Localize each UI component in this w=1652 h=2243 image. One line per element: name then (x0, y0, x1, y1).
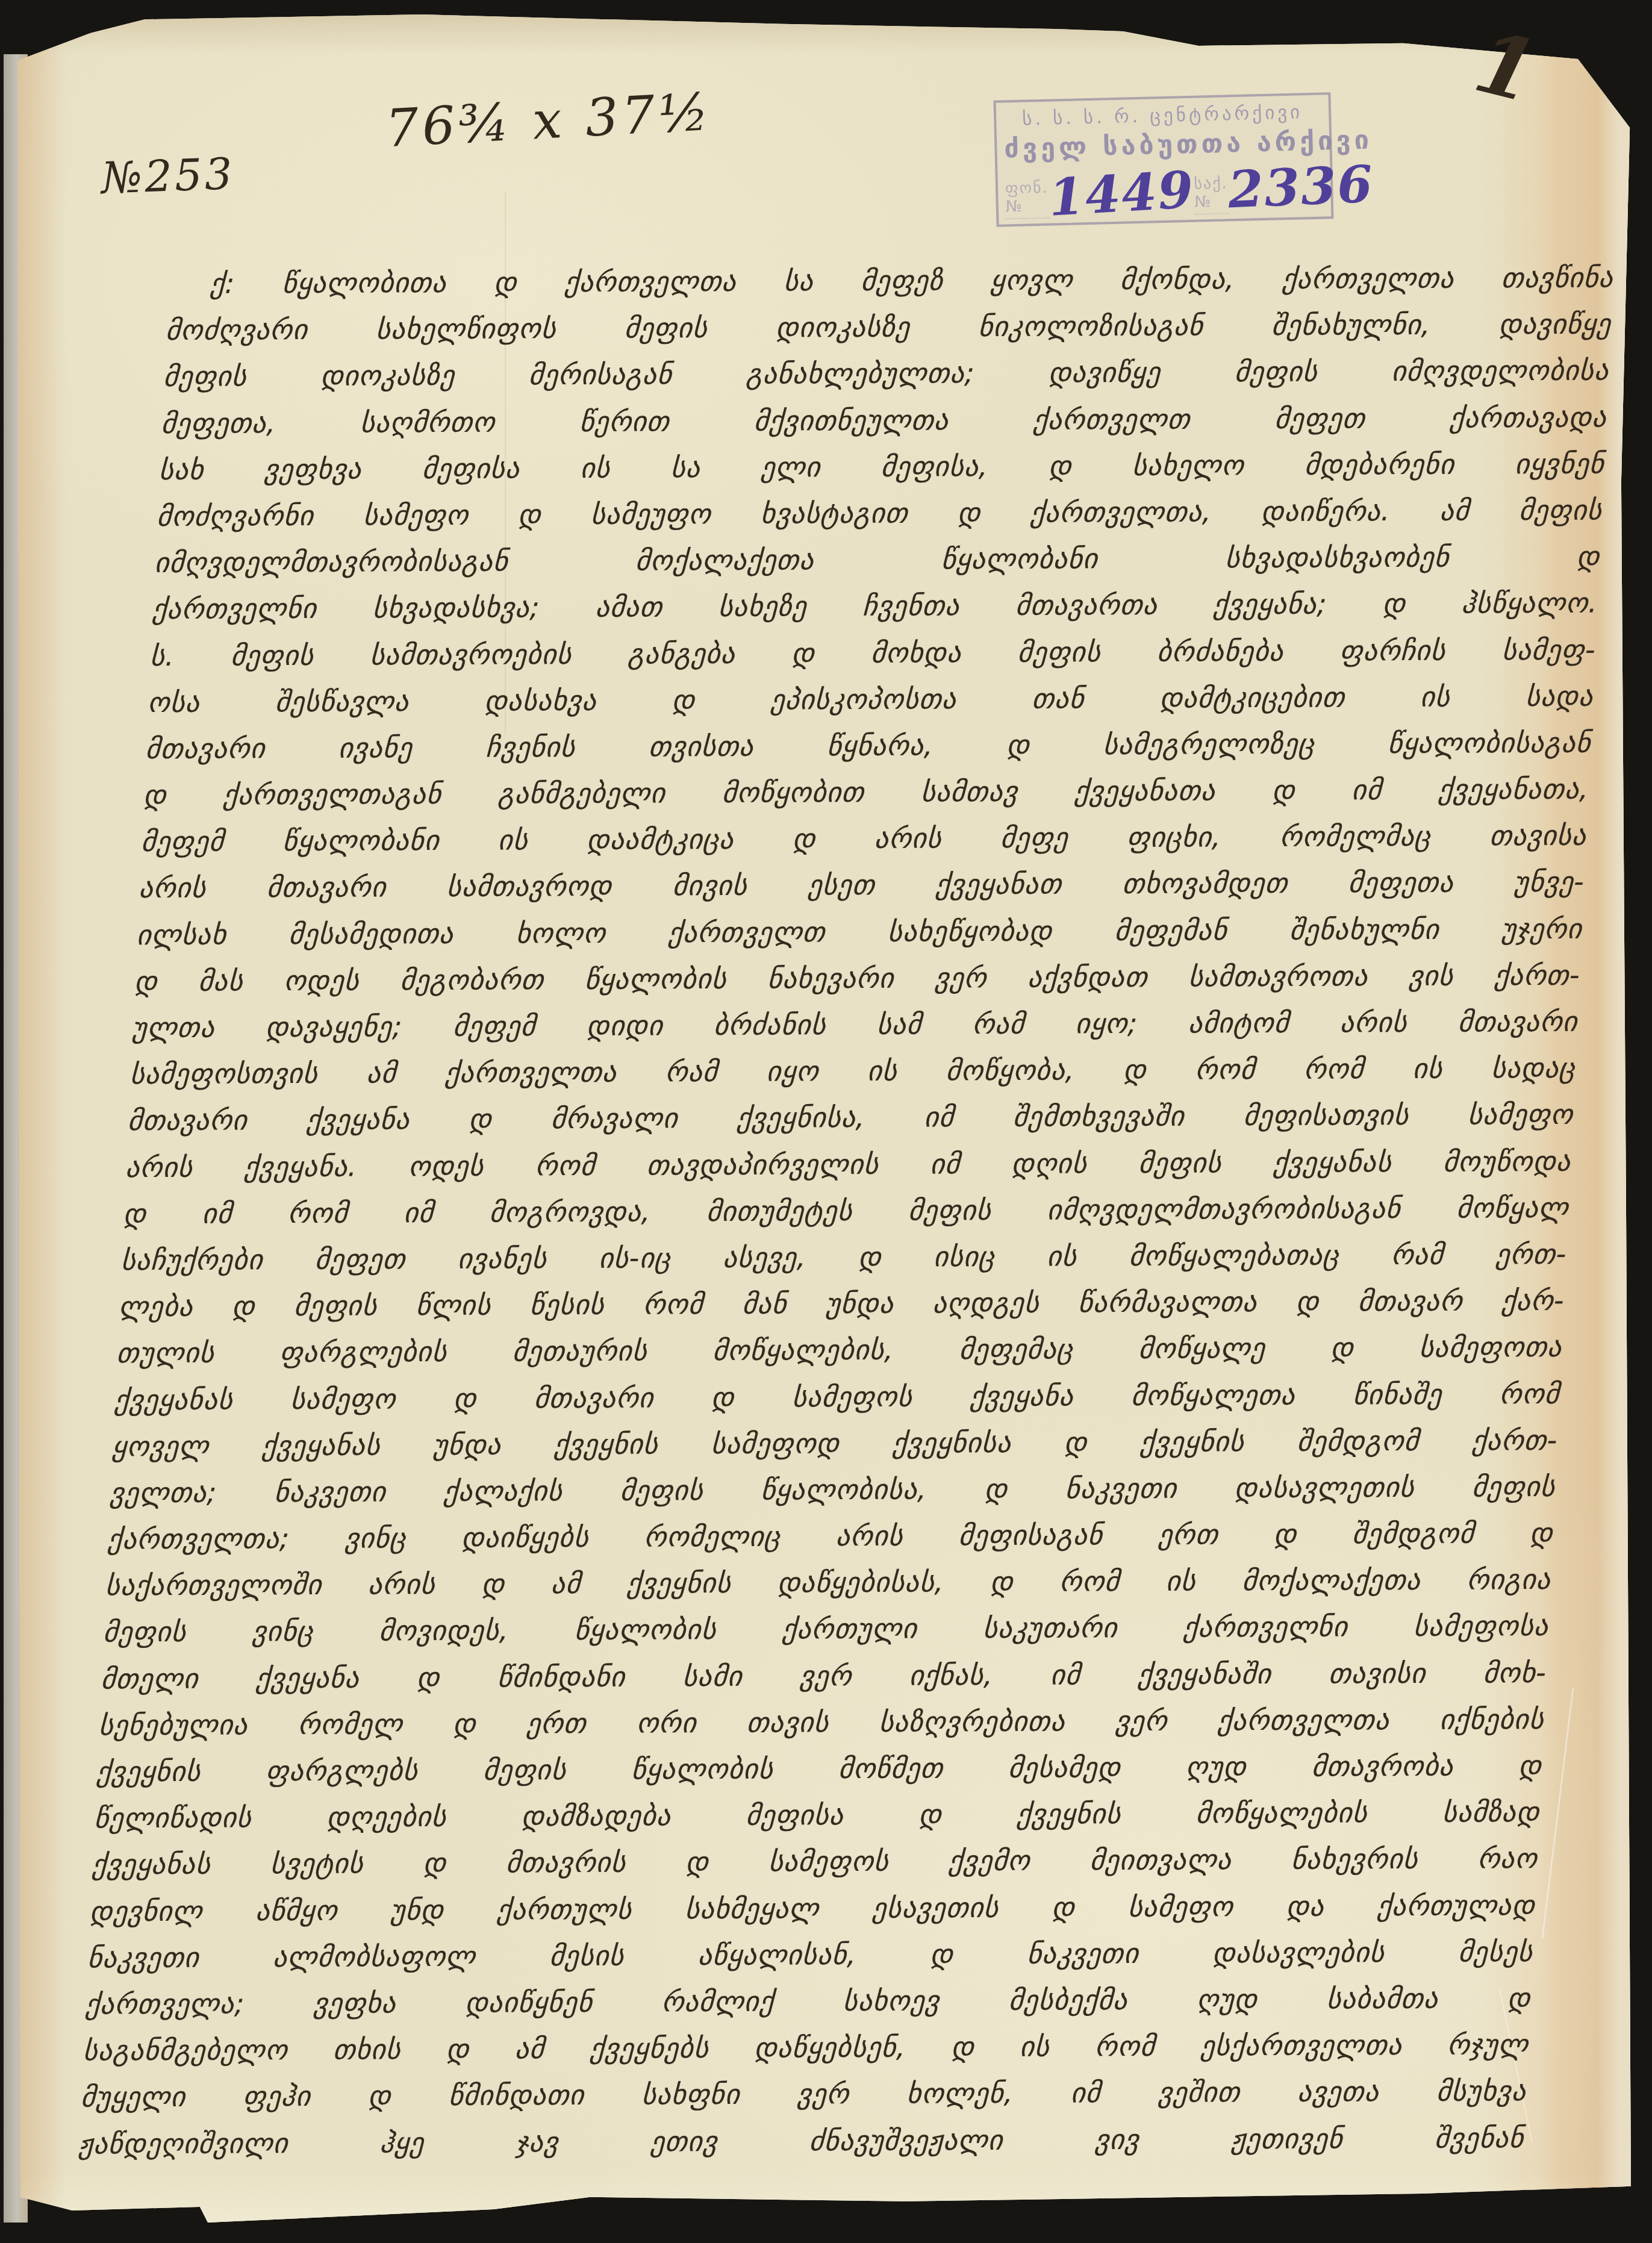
archive-stamp: ს. ს. ს. რ. ცენტრარქივი ძველ საბუთთა არქ… (994, 92, 1334, 227)
manuscript-line: იმღვდელმთავრობისაგან მოქალაქეთა წყალობან… (154, 534, 1601, 587)
manuscript-line: დ ქართველთაგან განმგებელი მოწყობით სამთა… (143, 766, 1591, 819)
stamp-fond-label: ფონ. № (1005, 179, 1049, 220)
manuscript-line: მთავარი ქვეყანა დ მრავალი ქვეყნისა, იმ შ… (127, 1091, 1575, 1144)
manuscript-line: სამეფოსთვის ამ ქართველთა რამ იყო ის მოწყ… (129, 1045, 1577, 1098)
manuscript-line: წელიწადის დღეების დამზადება მეფისა დ ქვე… (93, 1789, 1541, 1842)
manuscript-line: მეფეთა, საღმრთო წერით მქვითნეულთა ქართვე… (160, 394, 1608, 447)
manuscript-line: ყოველ ქვეყანას უნდა ქვეყნის სამეფოდ ქვეყ… (111, 1417, 1559, 1470)
manuscript-line: დევნილ აწმყო უნდ ქართულს სახმეყალ ესავეთ… (89, 1882, 1537, 1935)
paper-edge-shading-bottom (17, 2172, 1631, 2226)
stamp-case-number: 2336 (1227, 161, 1375, 213)
manuscript-line: არის მთავარი სამთავროდ მივის ესეთ ქვეყან… (138, 859, 1586, 912)
manuscript-line: საგანმგებელო თხის დ ამ ქვეყნებს დაწყებსე… (82, 2021, 1530, 2074)
manuscript-line: მუყელი ფეჰი დ წმინდათი სახფნი ვერ ხოლენ,… (80, 2068, 1528, 2121)
manuscript-line: ლება დ მეფის წლის წესის რომ მან უნდა აღდ… (118, 1277, 1566, 1331)
stamp-fond-number: 1449 (1047, 167, 1195, 221)
manuscript-line: მთელი ქვეყანა დ წმინდანი სამი ვერ იქნას,… (100, 1650, 1548, 1703)
manuscript-line: ქვეყანას სამეფო დ მთავარი დ სამეფოს ქვეყ… (113, 1370, 1561, 1423)
scanner-background: 76¾ x 37½ №253 1 ს. ს. ს. რ. ცენტრარქივი… (0, 0, 1652, 2243)
paper-edge-shading-left (17, 12, 65, 2226)
manuscript-line: დ იმ რომ იმ მოგროვდა, მითუმეტეს მეფის იმ… (122, 1185, 1570, 1238)
manuscript-line: ილსახ მესამედითა ხოლო ქართველთ სახეწყობა… (136, 905, 1583, 958)
manuscript-line: სახ ვეფხვა მეფისა ის სა ელი მეფისა, დ სა… (158, 440, 1606, 493)
document-number: №253 (101, 148, 235, 204)
manuscript-line: მეფის დიოკასზე მერისაგან განახლებულთა; დ… (163, 348, 1610, 401)
paper-edge-shading-top (17, 12, 1631, 54)
manuscript-line: მეფის ვინც მოვიდეს, წყალობის ქართული საკ… (102, 1603, 1550, 1656)
manuscript-text: ქ: წყალობითა დ ქართველთა სა მეფეზ ყოვლ მ… (78, 254, 1615, 2167)
manuscript-line: სენებულია რომელ დ ერთ ორი თავის საზღვრებ… (98, 1696, 1545, 1749)
manuscript-line: საქართველოში არის დ ამ ქვეყნის დაწყებისა… (104, 1556, 1552, 1609)
manuscript-line: არის ქვეყანა. ოდეს რომ თავდაპირველის იმ … (125, 1138, 1573, 1191)
manuscript-line: მეფემ წყალობანი ის დაამტკიცა დ არის მეფე… (140, 813, 1588, 866)
stamp-case-label: საქ. № (1194, 174, 1229, 214)
manuscript-line: ქვეყანას სვეტის დ მთავრის დ სამეფოს ქვემ… (91, 1835, 1539, 1888)
stamp-number-row: ფონ. № 1449 საქ. № 2336 (1005, 160, 1324, 220)
manuscript-line: ს. მეფის სამთავროების განგება დ მოხდა მე… (149, 626, 1597, 679)
manuscript-line: ჟაწდეღიშვილი ჰყე ჯავ ეთივ ძნავუშვეჟალი ვ… (78, 2115, 1526, 2168)
manuscript-line: დ მას ოდეს მეგობართ წყალობის ნახევარი ვე… (134, 952, 1582, 1005)
manuscript-line: ნაკვეთი ალმობსაფოლ მესის აწყალისან, დ ნა… (87, 1929, 1535, 1982)
manuscript-line: ქ: წყალობითა დ ქართველთა სა მეფეზ ყოვლ მ… (167, 254, 1615, 307)
manuscript-line: საჩუქრები მეფეთ ივანეს ის-იც ასევე, დ ის… (120, 1231, 1568, 1284)
manuscript-line: ქართველა; ვეფხა დაიწყნენ რამლიქ სახოევ მ… (84, 1975, 1532, 2028)
manuscript-line: მოძღვარი სახელწიფოს მეფის დიოკასზე ნიკოლ… (165, 301, 1613, 354)
manuscript-line: ულთა დავაყენე; მეფემ დიდი ბრძანის სამ რა… (131, 999, 1579, 1052)
manuscript-line: ქართველთა; ვინც დაიწყებს რომელიც არის მე… (107, 1510, 1554, 1563)
manuscript-line: ქართველნი სხვადასხვა; ამათ სახეზე ჩვენთა… (151, 580, 1599, 633)
manuscript-line: ქვეყნის ფარგლებს მეფის წყალობის მოწმეთ მ… (96, 1742, 1544, 1795)
manuscript-line: ოსა შესწავლა დასახვა დ ეპისკოპოსთა თან დ… (147, 673, 1595, 726)
manuscript-line: მთავარი ივანე ჩვენის თვისთა წყნარა, დ სა… (145, 719, 1592, 772)
manuscript-line: მოძღვარნი სამეფო დ სამეუფო ხვასტაგით დ ქ… (156, 487, 1604, 540)
manuscript-line: თულის ფარგლების მეთაურის მოწყალების, მეფ… (116, 1324, 1563, 1377)
manuscript-line: ველთა; ნაკვეთი ქალაქის მეფის წყალობისა, … (109, 1464, 1557, 1517)
stamp-institution-line: ს. ს. ს. რ. ცენტრარქივი (1003, 101, 1322, 131)
